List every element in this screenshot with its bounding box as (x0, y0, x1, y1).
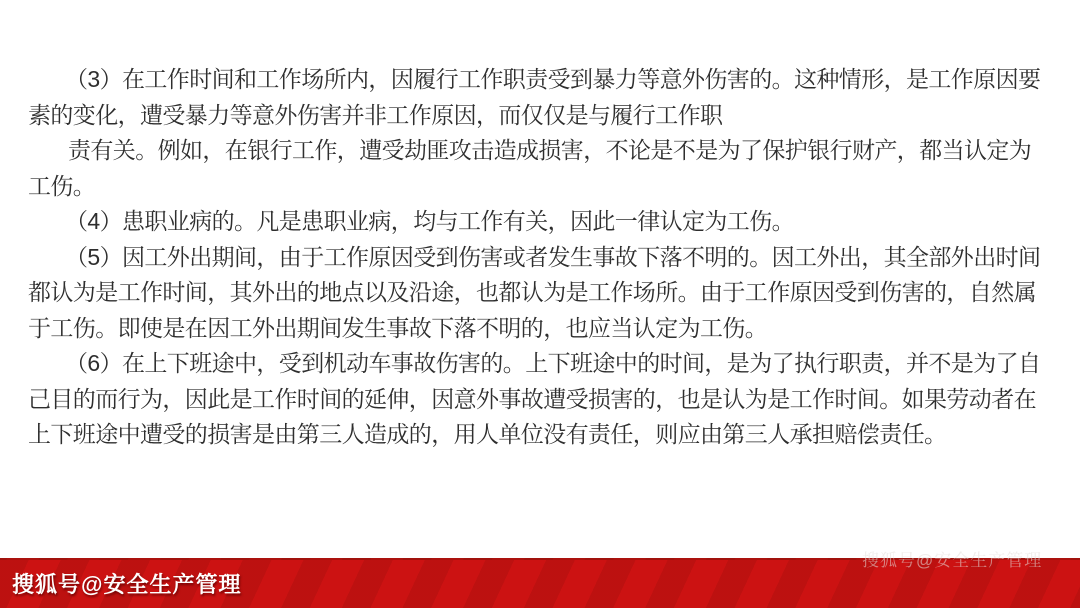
text-line: （6）在上下班途中，受到机动车事故伤害的。上下班途中的时间，是为了执行职责，并不… (28, 346, 1060, 382)
sohu-account-label: 搜狐号@安全生产管理 (12, 568, 241, 599)
text-line: 工伤。 (28, 169, 1060, 205)
text-line: 责有关。例如，在银行工作，遭受劫匪攻击造成损害，不论是不是为了保护银行财产，都当… (28, 133, 1060, 169)
body-text: （3）在工作时间和工作场所内，因履行工作职责受到暴力等意外伤害的。这种情形，是工… (28, 62, 1060, 453)
text-line: 都认为是工作时间，其外出的地点以及沿途，也都认为是工作场所。由于工作原因受到伤害… (28, 275, 1060, 311)
watermark: 搜狐号@安全生产管理 (862, 546, 1042, 571)
text-line: （3）在工作时间和工作场所内，因履行工作职责受到暴力等意外伤害的。这种情形，是工… (28, 62, 1060, 98)
slide-page: { "page": { "background": "#ffffff", "te… (0, 0, 1080, 608)
text-line: （4）患职业病的。凡是患职业病，均与工作有关，因此一律认定为工伤。 (28, 204, 1060, 240)
text-line: 于工伤。即使是在因工外出期间发生事故下落不明的，也应当认定为工伤。 (28, 311, 1060, 347)
text-line: 上下班途中遭受的损害是由第三人造成的，用人单位没有责任，则应由第三人承担赔偿责任… (28, 417, 1060, 453)
text-line: （5）因工外出期间，由于工作原因受到伤害或者发生事故下落不明的。因工外出，其全部… (28, 240, 1060, 276)
text-line: 素的变化，遭受暴力等意外伤害并非工作原因，而仅仅是与履行工作职 (28, 98, 1060, 134)
text-line: 己目的而行为，因此是工作时间的延伸，因意外事故遭受损害的，也是认为是工作时间。如… (28, 382, 1060, 418)
